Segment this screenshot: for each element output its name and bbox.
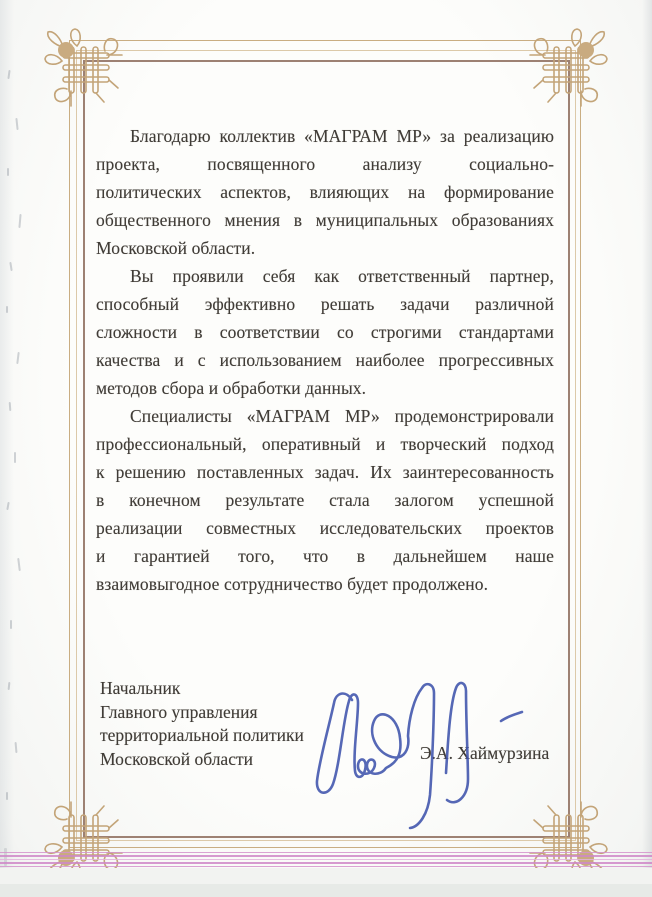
letter-line: и гарантией того, что в дальнейшем наше — [96, 542, 554, 570]
letter-line: профессиональный, оперативный и творческ… — [96, 430, 554, 458]
letter-line: политических аспектов, влияющих на форми… — [96, 178, 554, 206]
letter-line: взаимовыгодное сотрудничество будет прод… — [96, 570, 554, 598]
scan-left-edge-shadow — [0, 0, 14, 897]
signer-position-line: территориальной политики — [100, 724, 304, 748]
signer-position-line: Главного управления — [100, 701, 304, 725]
accent-line — [0, 866, 652, 867]
corner-ornament-top-left-icon — [44, 28, 130, 114]
accent-line — [0, 852, 652, 853]
letter-line: Московской области. — [96, 234, 554, 262]
scan-bottom-band — [0, 868, 652, 884]
handwritten-signature-icon — [305, 676, 535, 841]
letter-line: Специалисты «МАГРАМ МР» продемонстрирова… — [96, 402, 554, 430]
letter-line: Благодарю коллектив «МАГРАМ МР» за реали… — [96, 122, 554, 150]
signer-position-line: Московской области — [100, 748, 304, 772]
signature-block: Начальник Главного управления территориа… — [100, 677, 304, 771]
letter-line: Вы проявили себя как ответственный партн… — [96, 262, 554, 290]
letter-line: к решению поставленных задач. Их заинтер… — [96, 458, 554, 486]
letter-line: методов сбора и обработки данных. — [96, 374, 554, 402]
signer-position-line: Начальник — [100, 677, 304, 701]
letter-line: реализации совместных исследовательских … — [96, 514, 554, 542]
accent-line — [0, 855, 652, 857]
letter-body: Благодарю коллектив «МАГРАМ МР» за реали… — [96, 122, 554, 598]
letter-line: сложности в соответствии со строгими ста… — [96, 318, 554, 346]
accent-line — [0, 859, 652, 860]
letter-line: качества и с использованием наиболее про… — [96, 346, 554, 374]
accent-line — [0, 862, 652, 864]
scanned-letter-page: Благодарю коллектив «МАГРАМ МР» за реали… — [0, 0, 652, 897]
letter-line: проекта, посвященного анализу социально- — [96, 150, 554, 178]
letter-line: общественного мнения в муниципальных обр… — [96, 206, 554, 234]
letter-line: в конечном результате стала залогом успе… — [96, 486, 554, 514]
scan-right-edge-shadow — [642, 0, 652, 897]
scan-bottom-edge — [0, 884, 652, 897]
letter-line: способный эффективно решать задачи разли… — [96, 290, 554, 318]
corner-ornament-top-right-icon — [522, 28, 608, 114]
